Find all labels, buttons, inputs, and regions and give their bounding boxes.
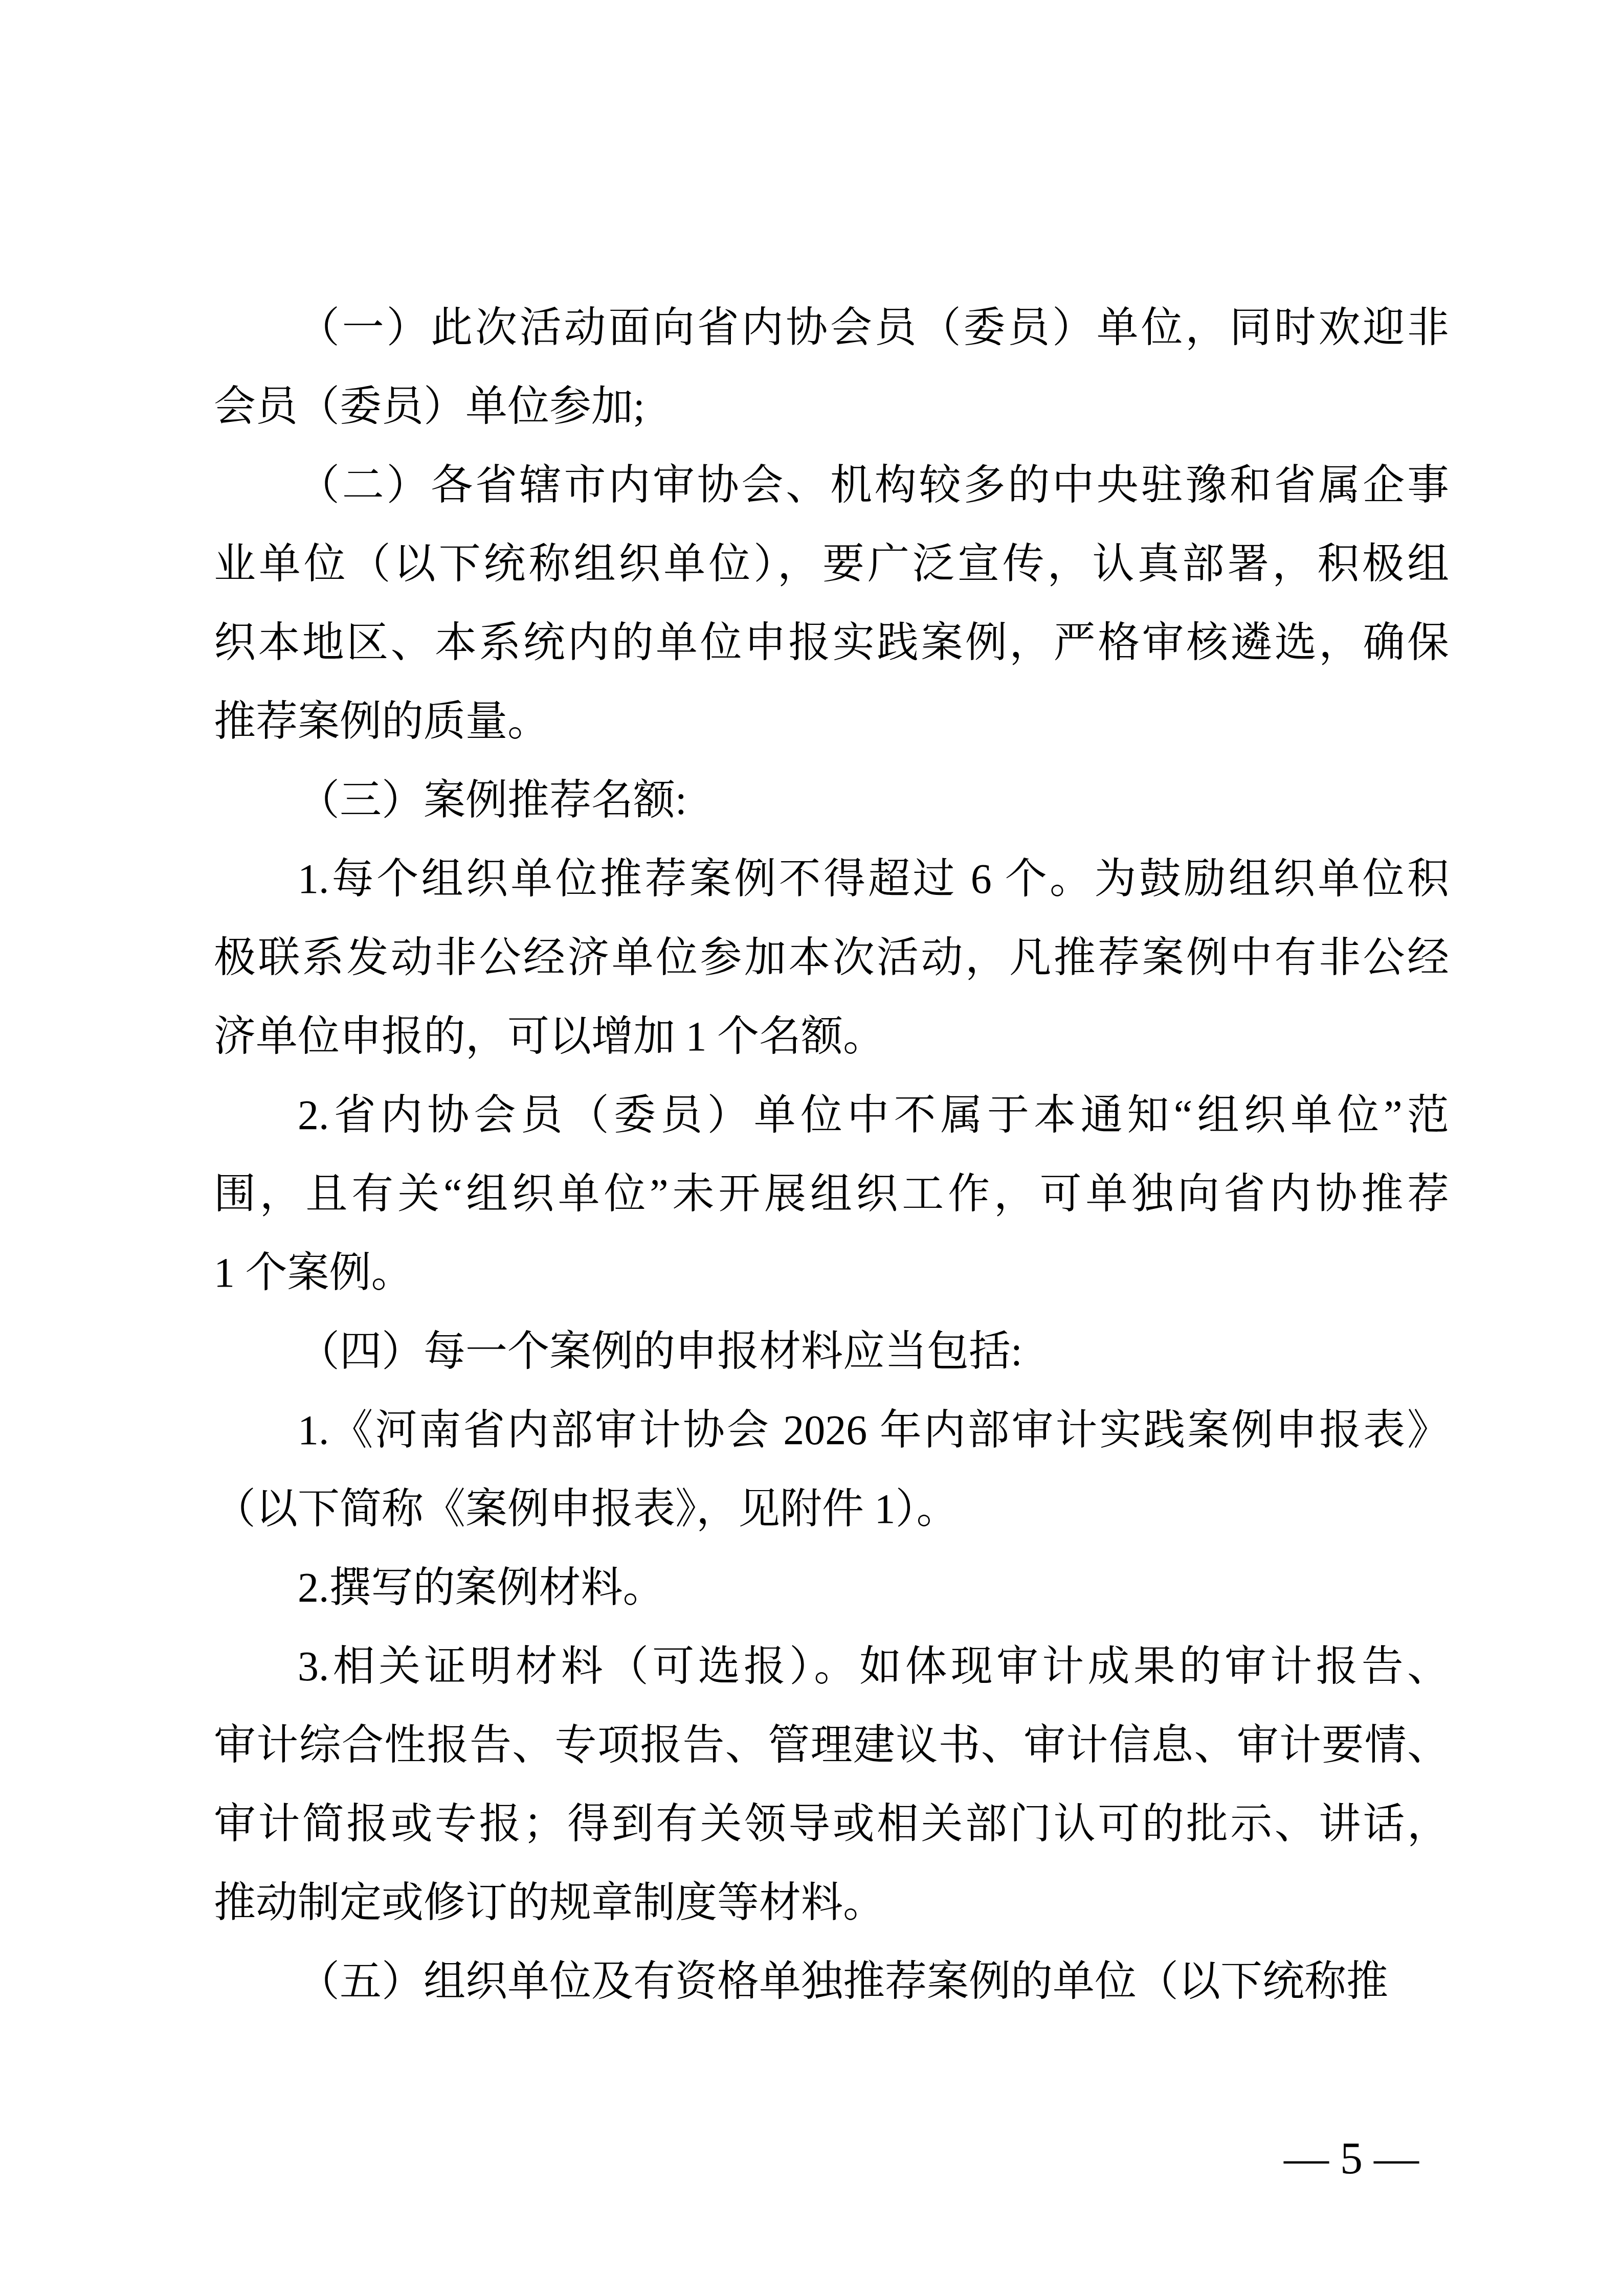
text-line: 推荐案例的质量。 xyxy=(214,682,1449,761)
document-text: （一）此次活动面向省内协会员（委员）单位，同时欢迎非会员（委员）单位参加;（二）… xyxy=(214,288,1449,2021)
page-footer: — 5 — xyxy=(1284,2133,1488,2185)
document-page: （一）此次活动面向省内协会员（委员）单位，同时欢迎非会员（委员）单位参加;（二）… xyxy=(0,0,1624,2296)
text-line: 2.省内协会员（委员）单位中不属于本通知“组织单位”范 xyxy=(214,1076,1449,1155)
text-line: 围，且有关“组织单位”未开展组织工作，可单独向省内协推荐 xyxy=(214,1155,1449,1233)
text-line: 济单位申报的，可以增加 1 个名额。 xyxy=(214,997,1449,1076)
page-number: — 5 — xyxy=(1284,2134,1419,2184)
text-line: 会员（委员）单位参加; xyxy=(214,367,1449,446)
text-line: （一）此次活动面向省内协会员（委员）单位，同时欢迎非 xyxy=(214,288,1449,367)
text-line: （以下简称《案例申报表》，见附件 1）。 xyxy=(214,1470,1449,1548)
text-line: 极联系发动非公经济单位参加本次活动，凡推荐案例中有非公经 xyxy=(214,918,1449,997)
text-line: 2.撰写的案例材料。 xyxy=(214,1548,1449,1627)
text-line: 1.每个组织单位推荐案例不得超过 6 个。为鼓励组织单位积 xyxy=(214,840,1449,918)
text-line: （三）案例推荐名额: xyxy=(214,761,1449,840)
text-line: （四）每一个案例的申报材料应当包括: xyxy=(214,1312,1449,1391)
text-line: 1 个案例。 xyxy=(214,1233,1449,1312)
text-line: （二）各省辖市内审协会、机构较多的中央驻豫和省属企事 xyxy=(214,446,1449,525)
text-line: 审计综合性报告、专项报告、管理建议书、审计信息、审计要情、 xyxy=(214,1706,1449,1785)
text-line: 3.相关证明材料（可选报）。如体现审计成果的审计报告、 xyxy=(214,1627,1449,1706)
text-line: 1.《河南省内部审计协会 2026 年内部审计实践案例申报表》 xyxy=(214,1391,1449,1470)
text-line: （五）组织单位及有资格单独推荐案例的单位（以下统称推 xyxy=(214,1942,1449,2021)
text-line: 推动制定或修订的规章制度等材料。 xyxy=(214,1863,1449,1942)
text-line: 业单位（以下统称组织单位），要广泛宣传，认真部署，积极组 xyxy=(214,525,1449,603)
text-line: 审计简报或专报；得到有关领导或相关部门认可的批示、讲话， xyxy=(214,1785,1449,1863)
text-line: 织本地区、本系统内的单位申报实践案例，严格审核遴选，确保 xyxy=(214,603,1449,682)
